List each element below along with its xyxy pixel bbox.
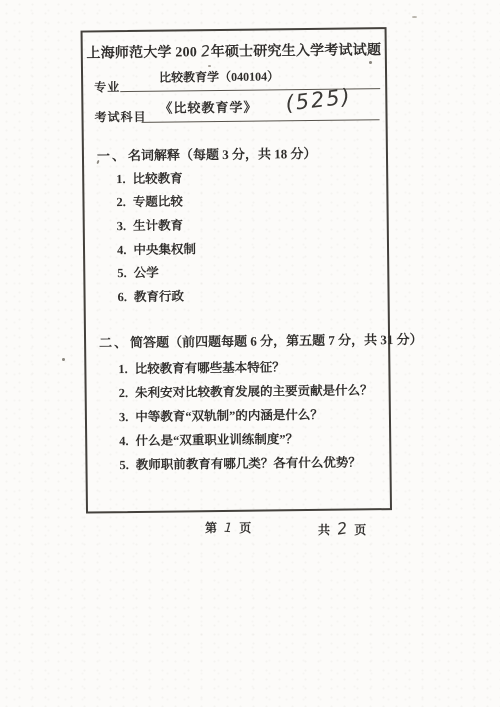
exam-subject-field-label: 考试科目	[94, 108, 146, 126]
major-field-label: 专业	[94, 78, 120, 95]
scan-speck	[208, 65, 211, 67]
item-text: 生计教育	[133, 218, 183, 233]
item-text: 教师职前教育有哪几类？各有什么优势？	[136, 455, 361, 472]
item-text: 中央集权制	[133, 242, 196, 257]
item-number: 3.	[117, 219, 127, 233]
item-number: 2.	[119, 386, 129, 400]
item-number: 1.	[116, 172, 126, 186]
item-text: 中等教育“双轨制”的内涵是什么？	[135, 408, 323, 424]
exam-subject-underline	[142, 119, 380, 123]
section-1-item-4: 4.中央集权制	[117, 239, 196, 258]
section-2-item-1: 1.比较教育有哪些基本特征？	[118, 357, 285, 377]
exam-title: 上海师范大学 2002年硕士研究生入学考试试题	[83, 39, 385, 62]
section-2-item-4: 4.什么是“双重职业训练制度”？	[119, 429, 298, 449]
section-1-item-6: 6.教育行政	[117, 286, 184, 305]
major-value-text: 比较教育学（040104）	[83, 66, 385, 86]
item-number: 6.	[117, 290, 127, 304]
scan-speck	[62, 358, 65, 361]
item-number: 2.	[116, 195, 126, 209]
handwritten-total-pages: 2	[336, 518, 349, 538]
footer-page-suffix: 页	[239, 519, 251, 536]
section-1-item-5: 5.公学	[117, 263, 159, 281]
scan-speck	[412, 16, 417, 18]
footer-total-pages-indicator: 共 2 页	[318, 519, 366, 538]
section-2-item-3: 3.中等教育“双轨制”的内涵是什么？	[119, 405, 323, 425]
section-1-item-3: 3.生计教育	[117, 215, 184, 234]
footer-page-prefix: 第	[205, 519, 217, 536]
scanned-exam-page: 上海师范大学 2002年硕士研究生入学考试试题 比较教育学（040104） 专业…	[0, 0, 500, 707]
section-1-heading: 名词解释（每题 3 分，共 18 分）	[128, 143, 317, 164]
item-number: 5.	[119, 458, 129, 472]
item-text: 比较教育	[133, 171, 183, 186]
item-number: 3.	[119, 410, 129, 424]
footer-total-suffix: 页	[354, 521, 366, 538]
item-text: 教育行政	[134, 289, 184, 304]
exam-title-prefix: 上海师范大学 200	[86, 45, 197, 61]
item-text: 什么是“双重职业训练制度”？	[135, 432, 298, 448]
footer-page-indicator: 第 1 页	[205, 519, 251, 536]
section-2-number: 二、	[99, 332, 129, 351]
handwritten-page-number: 1	[224, 521, 233, 537]
item-text: 公学	[134, 266, 159, 280]
exam-title-suffix: 年硕士研究生入学考试试题	[211, 43, 382, 60]
footer-total-prefix: 共	[318, 521, 330, 538]
item-text: 专题比较	[133, 194, 183, 209]
item-number: 4.	[119, 434, 129, 448]
item-text: 比较教育有哪些基本特征？	[135, 360, 285, 376]
item-text: 朱利安对比较教育发展的主要贡献是什么？	[135, 383, 373, 400]
section-2-heading: 简答题（前四题每题 6 分，第五题 7 分，共 31 分）	[130, 329, 423, 351]
item-number: 4.	[117, 243, 127, 257]
section-1-item-1: 1.比较教育	[116, 168, 183, 187]
exam-paper-border-box: 上海师范大学 2002年硕士研究生入学考试试题 比较教育学（040104） 专业…	[81, 27, 392, 513]
section-2-item-5: 5.教师职前教育有哪几类？各有什么优势？	[119, 452, 361, 473]
item-number: 5.	[117, 266, 127, 280]
scan-speck	[369, 61, 372, 64]
item-number: 1.	[118, 362, 128, 376]
section-1-number: 一、	[97, 145, 127, 164]
section-2-item-2: 2.朱利安对比较教育发展的主要贡献是什么？	[119, 380, 373, 401]
section-1-item-2: 2.专题比较	[116, 191, 183, 210]
